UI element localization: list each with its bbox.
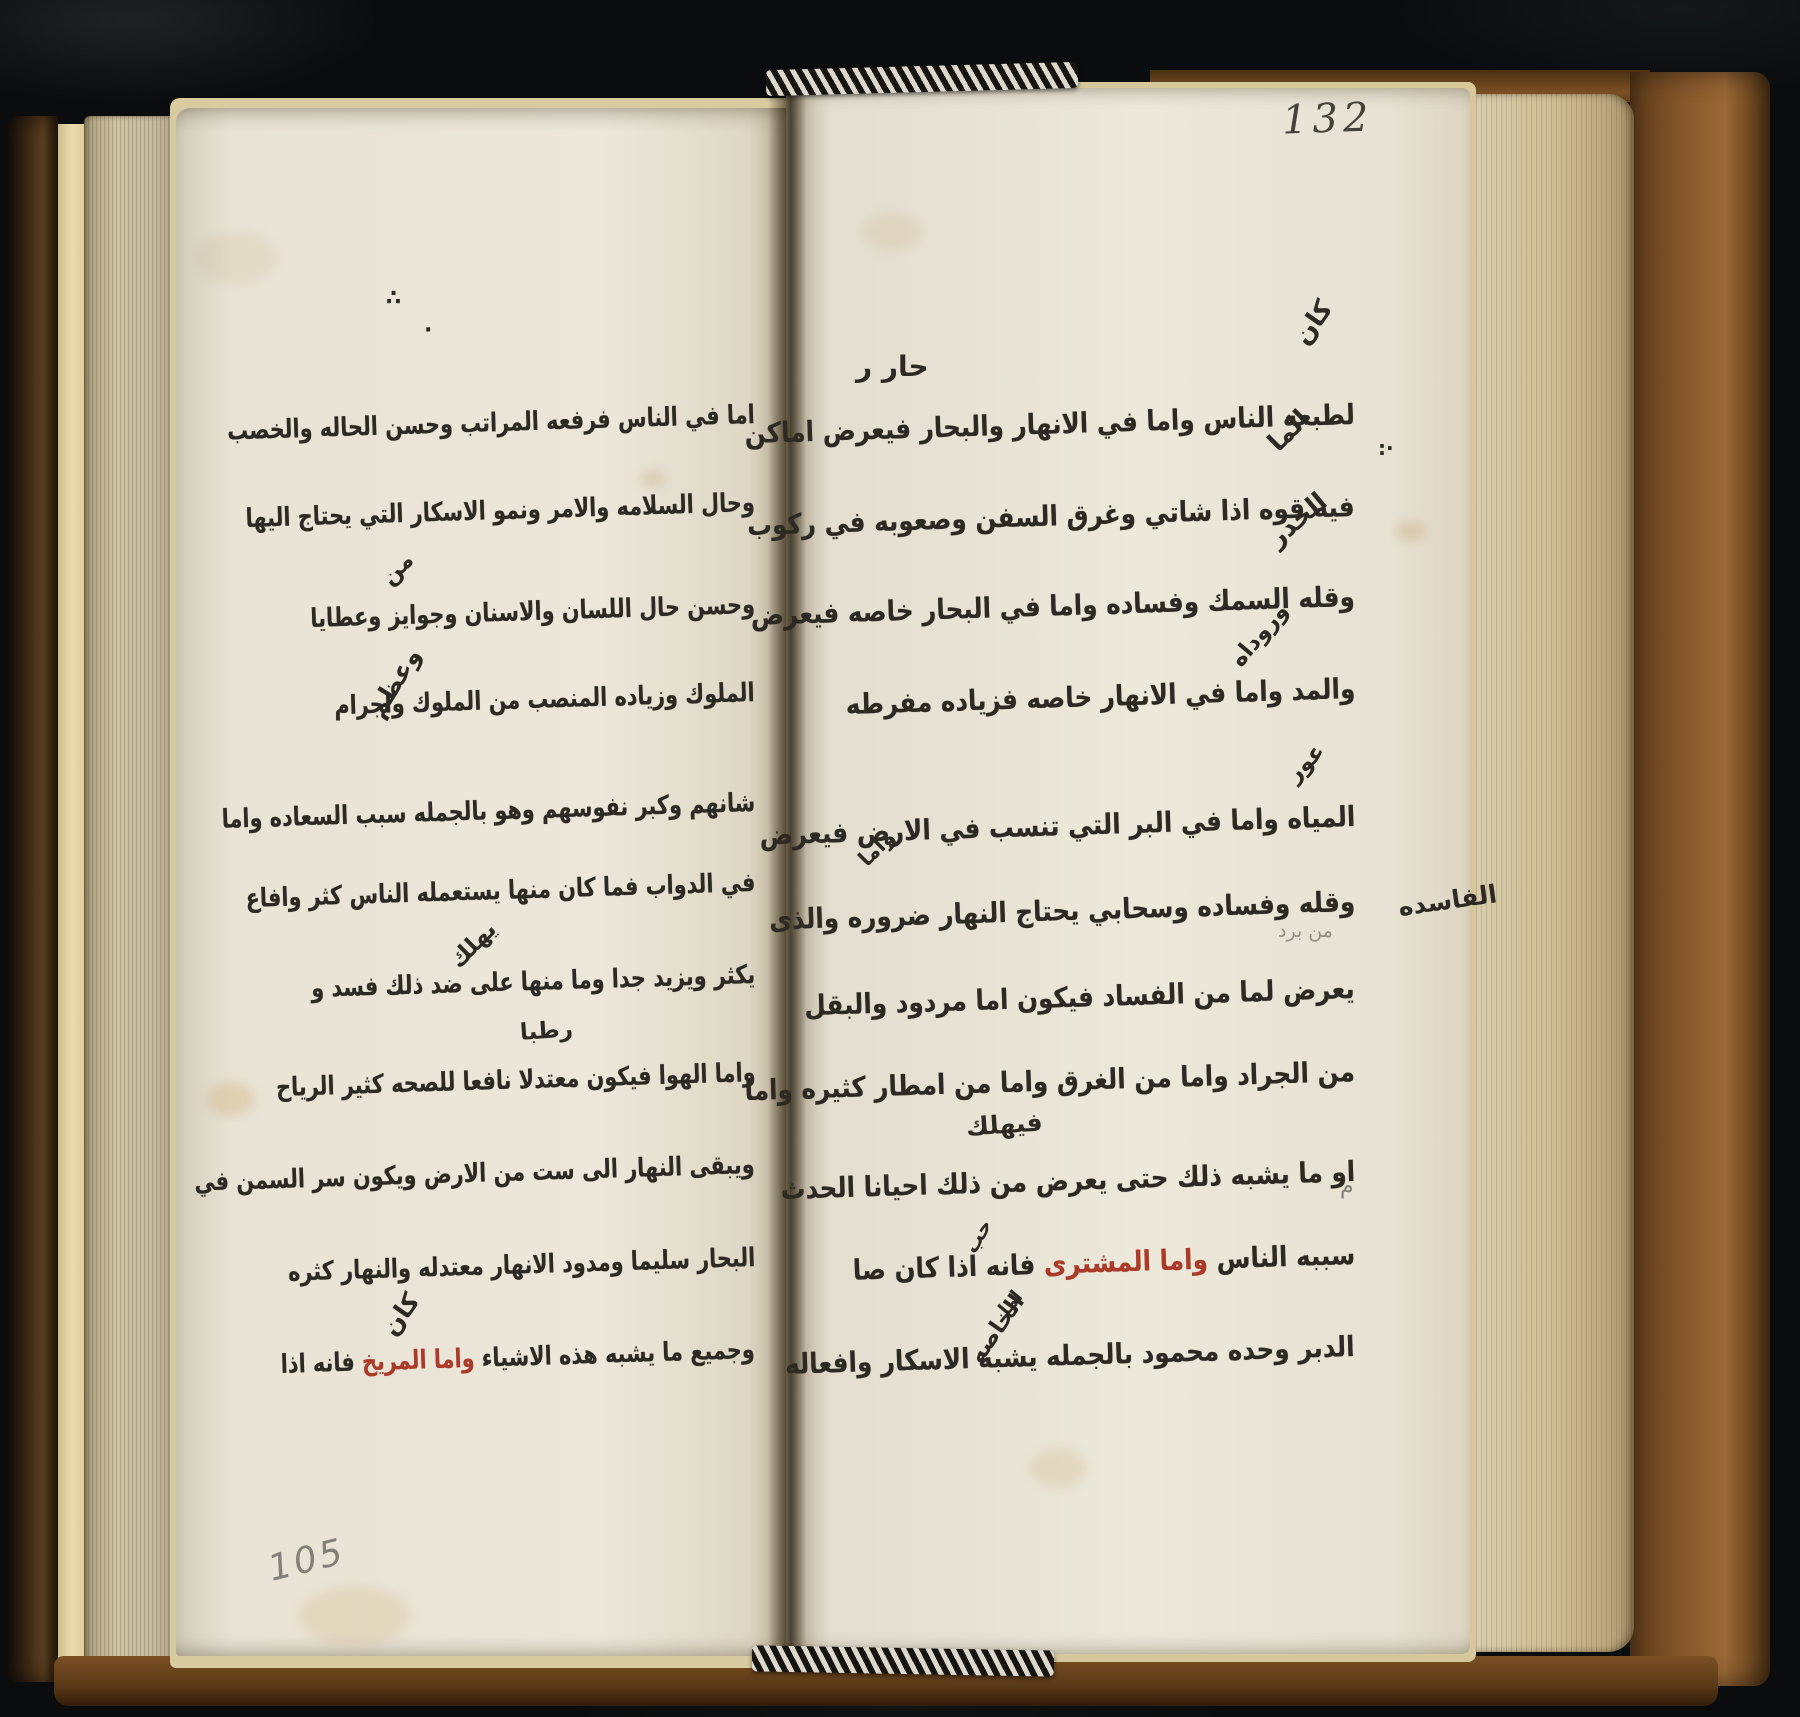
marginal-word: عور [1281, 738, 1330, 787]
line-text: والمد واما في الانهار خاصه فزياده مفرطه [845, 672, 1355, 721]
manuscript-line: شانهم وكبر نفوسهم وهو بالجمله سبب السعاد… [221, 788, 755, 835]
line-text: لطبعه الناس واما في الانهار والبحار فيعر… [744, 398, 1355, 450]
manuscript-line: او ما يشبه ذلك حتى يعرض من ذلك احيانا ال… [780, 1155, 1356, 1206]
line-text: وقله وفساده وسحابي يحتاج النهار ضروره وا… [769, 885, 1356, 936]
marginal-word: حار ر [856, 350, 929, 383]
manuscript-line: سببه الناس واما المشترى فانه اذا كان صا [852, 1238, 1355, 1287]
marginal-word: من [376, 547, 419, 590]
line-text: وجميع ما يشبه هذه الاشياء [474, 1335, 755, 1374]
manuscript-line: ويبقى النهار الى ست من الارض ويكون سر ال… [194, 1150, 755, 1198]
line-text: الدبر وحده محمود بالجمله يشبه الاسكار وا… [785, 1330, 1356, 1381]
line-text: من الجراد واما من الغرق واما من امطار كث… [744, 1055, 1355, 1107]
manuscript-line: اما في الناس فرفعه المراتب وحسن الحاله و… [227, 400, 755, 447]
marginal-word: فيهلك [965, 1107, 1043, 1141]
line-text: يعرض لما من الفساد فيكون اما مردود والبق… [804, 972, 1355, 1022]
manuscript-line: الدبر وحده محمود بالجمله يشبه الاسكار وا… [785, 1330, 1356, 1381]
marginal-word: رطبا [519, 1016, 574, 1046]
manuscript-line: والمد واما في الانهار خاصه فزياده مفرطه [845, 672, 1355, 721]
line-text: او ما يشبه ذلك حتى يعرض من ذلك احيانا ال… [780, 1155, 1356, 1206]
manuscript-line: لطبعه الناس واما في الانهار والبحار فيعر… [744, 398, 1355, 450]
marginal-word: م [1340, 1174, 1354, 1199]
line-text: اما في الناس فرفعه المراتب وحسن الحاله و… [227, 400, 755, 447]
rubricated-heading: واما المشترى [1043, 1243, 1208, 1281]
manuscript-line: فيه قوه اذا شاتي وغرق السفن وصعوبه في رك… [747, 490, 1355, 542]
manuscript-line: البحار سليما ومدود الانهار معتدله والنها… [287, 1243, 755, 1288]
line-text: المياه واما في البر التي تنسب في الارض ف… [759, 800, 1356, 852]
line-text: سببه الناس [1207, 1238, 1355, 1276]
manuscript-line: في الدواب فما كان منها يستعمله الناس كثر… [245, 868, 756, 914]
manuscript-line: من الجراد واما من الغرق واما من امطار كث… [744, 1055, 1355, 1107]
manuscript-line: وجميع ما يشبه هذه الاشياء واما المريخ فا… [281, 1335, 756, 1380]
manuscript-line: وحال السلامه والامر ونمو الاسكار التي يح… [245, 488, 755, 534]
line-text: شانهم وكبر نفوسهم وهو بالجمله سبب السعاد… [221, 788, 755, 835]
line-text: البحار سليما ومدود الانهار معتدله والنها… [287, 1243, 755, 1288]
line-text: فانه اذا كان صا [852, 1248, 1044, 1287]
manuscript-line: وحسن حال اللسان والاسنان وجوايز وعطايا [310, 590, 755, 634]
marginal-word: ·: [1378, 436, 1394, 460]
line-text: واما الهوا فيكون معتدلا نافعا للصحه كثير… [275, 1058, 755, 1103]
manuscript-line: يعرض لما من الفساد فيكون اما مردود والبق… [804, 972, 1355, 1022]
rubricated-heading: واما المريخ [362, 1344, 475, 1378]
marginal-word: من برد [1278, 920, 1333, 942]
line-text: وحال السلامه والامر ونمو الاسكار التي يح… [245, 488, 755, 534]
line-text: وحسن حال اللسان والاسنان وجوايز وعطايا [310, 590, 755, 634]
marginal-word: يهلك [445, 916, 502, 973]
manuscript-line: وقله وفساده وسحابي يحتاج النهار ضروره وا… [769, 885, 1356, 936]
marginal-word: كان [376, 1288, 426, 1342]
page-number: 132 [1281, 94, 1374, 143]
photograph-open-manuscript: اما في الناس فرفعه المراتب وحسن الحاله و… [0, 0, 1800, 1717]
line-text: فيه قوه اذا شاتي وغرق السفن وصعوبه في رك… [747, 490, 1355, 542]
line-text: يكثر ويزيد جدا وما منها على ضد ذلك فسد و [311, 960, 756, 1004]
line-text: ويبقى النهار الى ست من الارض ويكون سر ال… [194, 1150, 755, 1198]
manuscript-line: واما الهوا فيكون معتدلا نافعا للصحه كثير… [275, 1058, 755, 1103]
marginal-word: كان [1288, 295, 1340, 351]
line-text: فانه اذا [281, 1347, 363, 1380]
marginal-word: الفاسده [1396, 879, 1498, 922]
manuscript-line: المياه واما في البر التي تنسب في الارض ف… [759, 800, 1356, 852]
marginal-word: ∴ [386, 286, 401, 311]
line-text: في الدواب فما كان منها يستعمله الناس كثر… [245, 868, 756, 914]
marginal-word: · [424, 318, 432, 343]
manuscript-line: يكثر ويزيد جدا وما منها على ضد ذلك فسد و [311, 960, 756, 1004]
handwritten-text-layer: اما في الناس فرفعه المراتب وحسن الحاله و… [0, 0, 1800, 1717]
